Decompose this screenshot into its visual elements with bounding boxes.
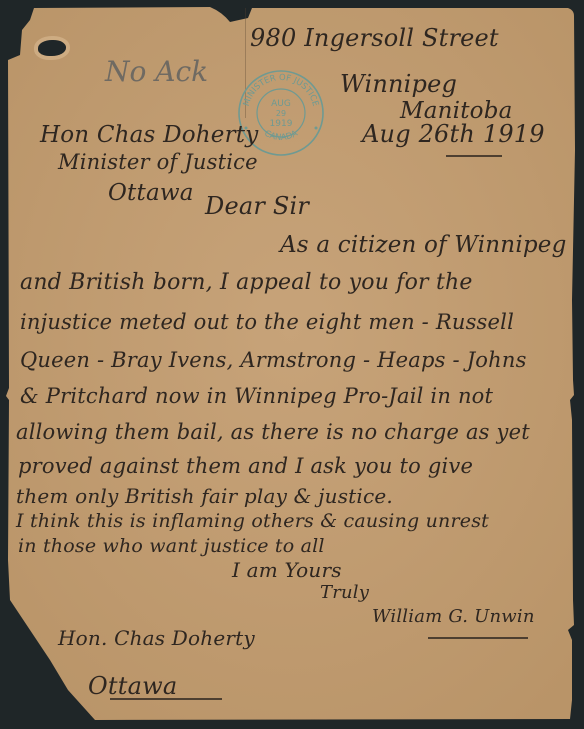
- footer-recipient-name: Hon. Chas Doherty: [58, 626, 255, 650]
- svg-text:29: 29: [276, 109, 286, 118]
- svg-text:CANADA: CANADA: [262, 129, 299, 144]
- date-underline: [446, 155, 502, 157]
- closing-line-1: I am Yours: [232, 558, 342, 582]
- body-line-6: allowing them bail, as there is no charg…: [16, 420, 530, 444]
- footer-city-underline: [110, 698, 222, 700]
- svg-text:AUG: AUG: [271, 99, 291, 109]
- body-line-7: proved against them and I ask you to giv…: [18, 454, 473, 478]
- sender-street: 980 Ingersoll Street: [250, 24, 499, 52]
- scanned-letter: No Ack MINISTER OF JUSTICE CANADA AUG 29…: [0, 0, 584, 729]
- svg-text:1919: 1919: [270, 119, 293, 129]
- closing-line-2: Truly: [320, 582, 369, 603]
- body-line-9: I think this is inflaming others & causi…: [16, 510, 489, 532]
- signature: William G. Unwin: [372, 606, 535, 627]
- body-line-1: As a citizen of Winnipeg: [280, 232, 567, 258]
- signature-underline: [428, 637, 528, 639]
- body-line-5: & Pritchard now in Winnipeg Pro-Jail in …: [20, 384, 493, 408]
- recipient-name: Hon Chas Doherty: [40, 122, 258, 148]
- recipient-city: Ottawa: [108, 180, 194, 206]
- body-line-4: Queen - Bray Ivens, Armstrong - Heaps - …: [20, 348, 527, 372]
- letter-date: Aug 26th 1919: [362, 120, 545, 148]
- recipient-title: Minister of Justice: [58, 150, 258, 174]
- salutation: Dear Sir: [205, 192, 309, 220]
- sender-city: Winnipeg: [340, 70, 457, 98]
- pencil-annotation: No Ack: [105, 55, 208, 88]
- body-line-3: injustice meted out to the eight men - R…: [20, 310, 514, 334]
- footer-recipient-city: Ottawa: [88, 672, 177, 700]
- body-line-2: and British born, I appeal to you for th…: [20, 270, 473, 295]
- body-line-8: them only British fair play & justice.: [16, 484, 393, 508]
- punch-hole: [38, 40, 66, 56]
- body-line-10: in those who want justice to all: [18, 535, 325, 557]
